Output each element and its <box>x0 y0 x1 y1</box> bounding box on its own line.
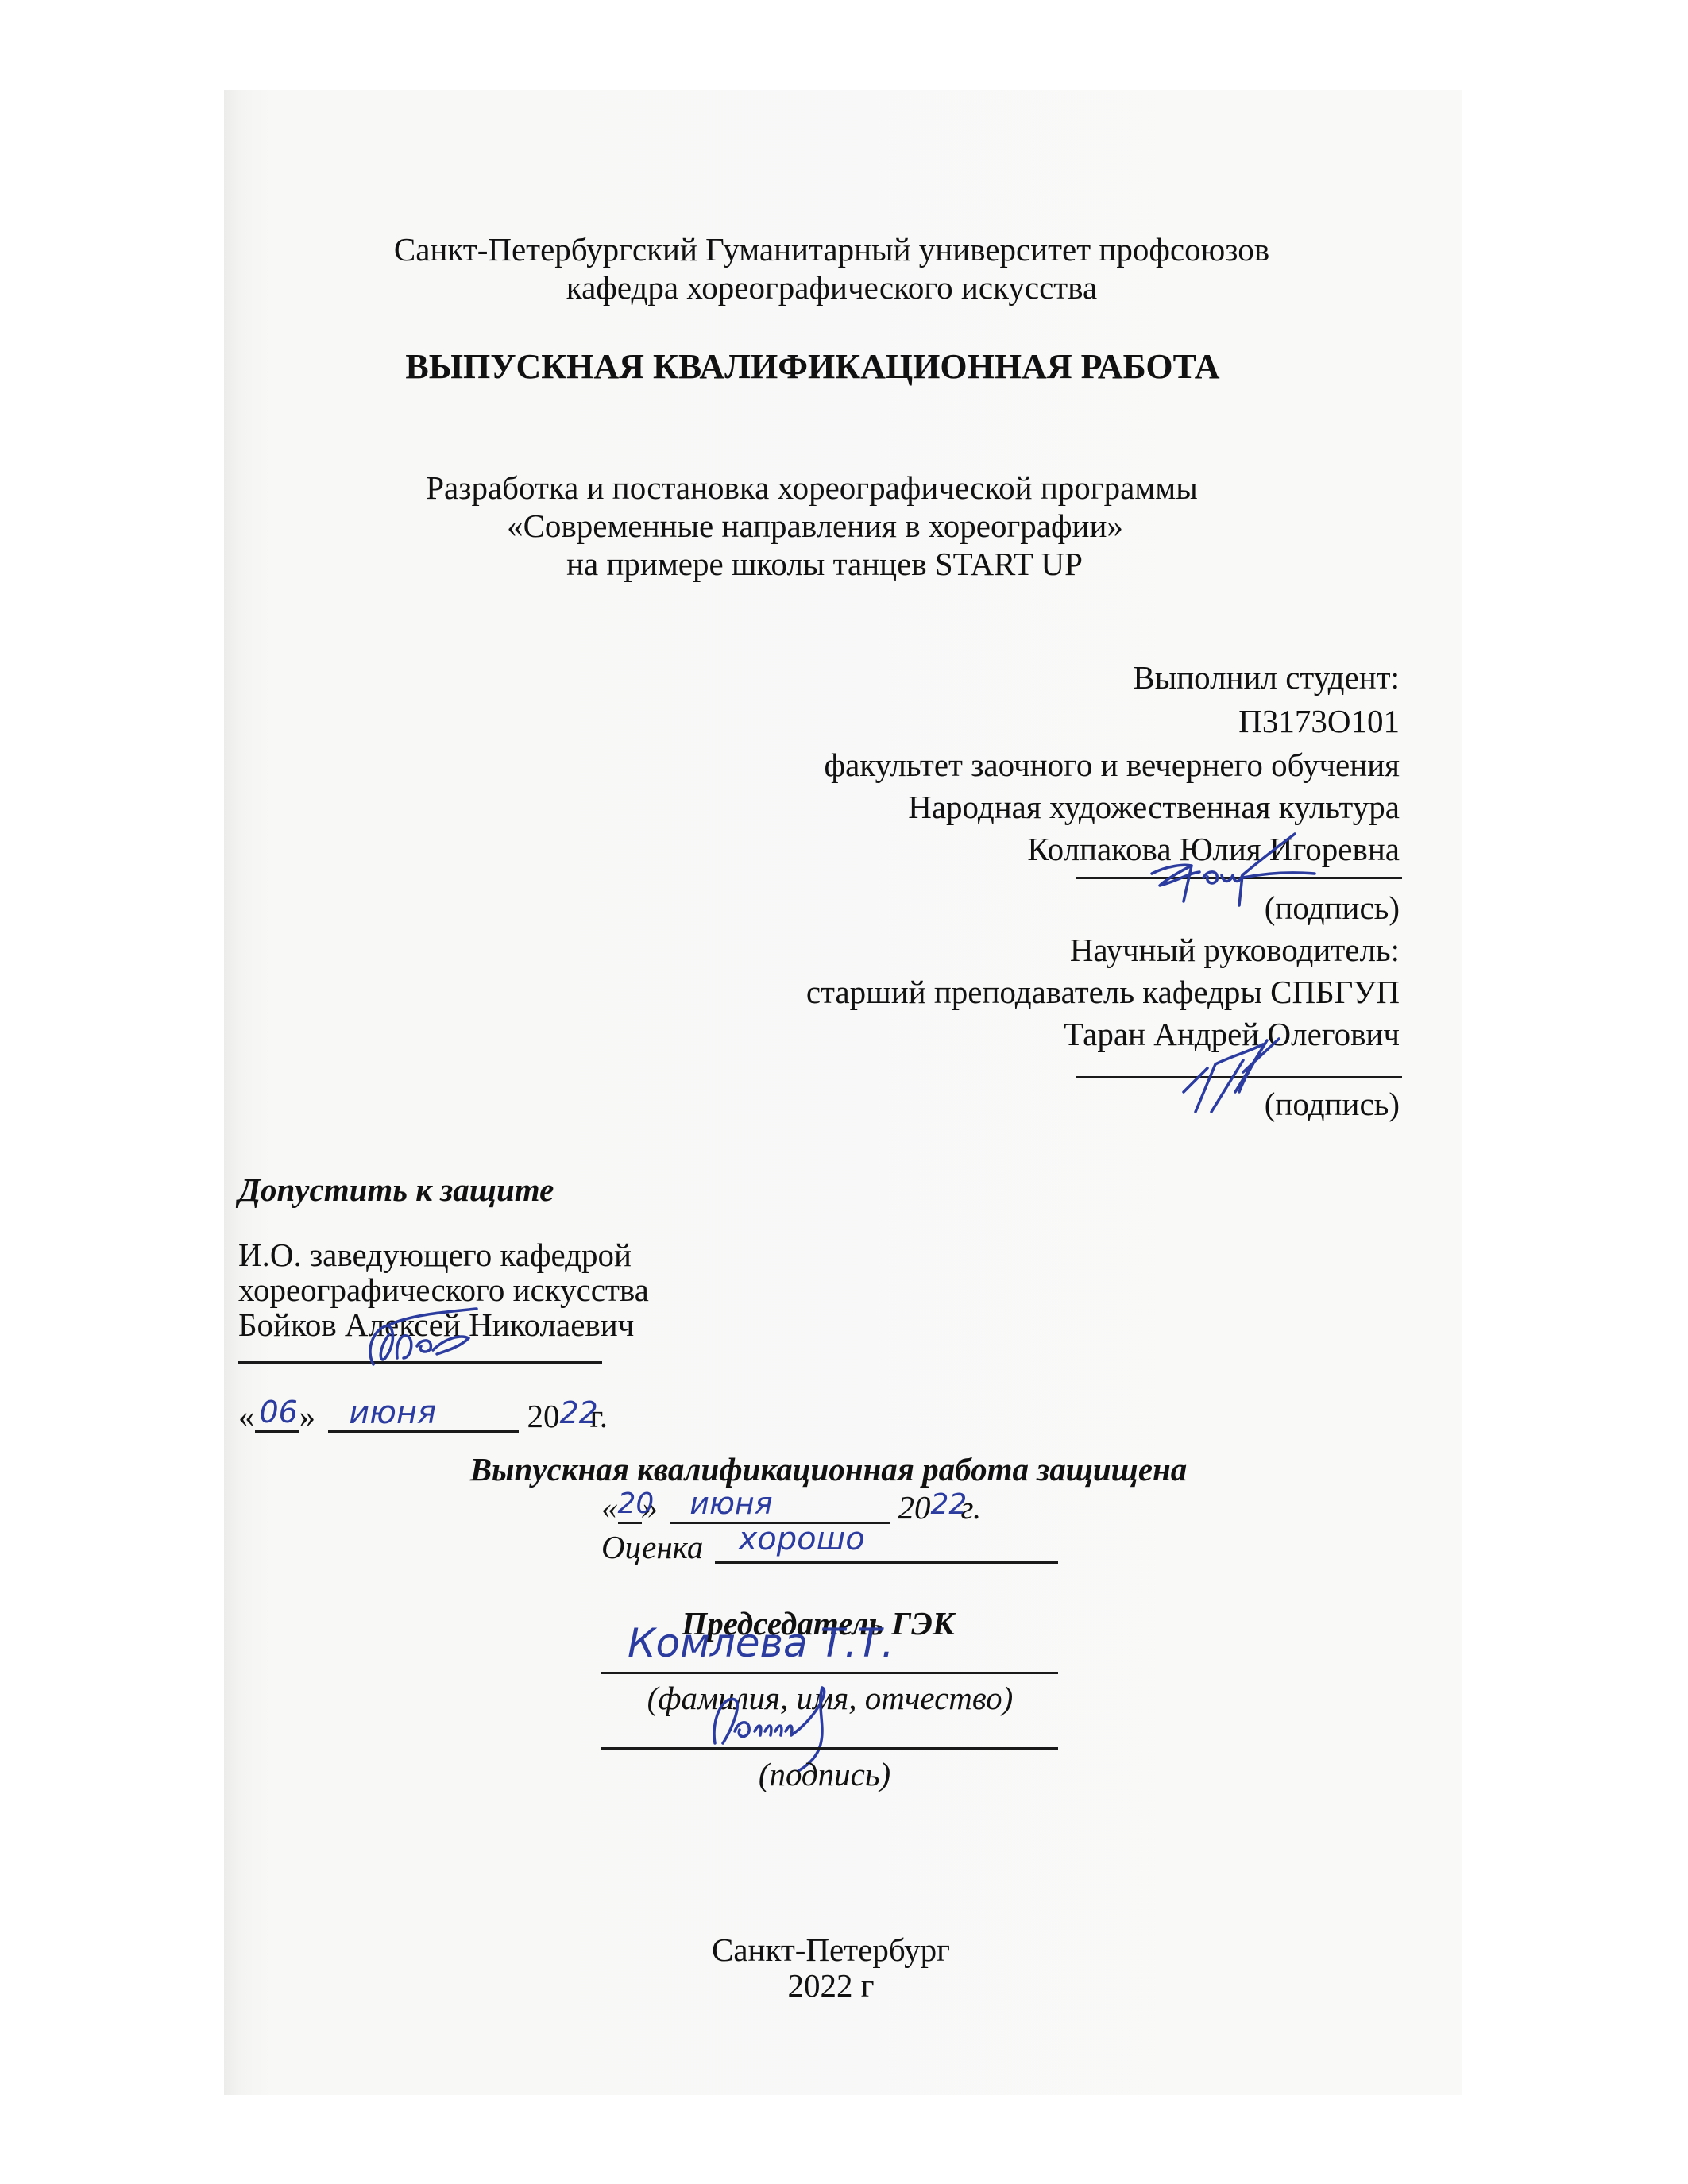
topic-line-3: на примере школы танцев START UP <box>566 548 1083 581</box>
supervisor-position: старший преподаватель кафедры СПБГУП <box>806 976 1400 1009</box>
year: 2022 г <box>787 1970 874 2002</box>
city: Санкт-Петербург <box>712 1934 950 1966</box>
university-name: Санкт-Петербургский Гуманитарный универс… <box>394 233 1269 266</box>
grade-value: хорошо <box>739 1523 865 1555</box>
chair-name-line <box>601 1672 1058 1674</box>
admission-position-2: хореографического искусства <box>238 1274 649 1306</box>
admission-day-value: 06 <box>260 1397 298 1427</box>
admission-heading: Допустить к защите <box>238 1174 554 1206</box>
supervisor-label: Научный руководитель: <box>1070 934 1400 967</box>
admission-year-value: 22 <box>560 1398 598 1428</box>
grade-field: хорошо <box>715 1533 1058 1564</box>
document-title: ВЫПУСКНАЯ КВАЛИФИКАЦИОННАЯ РАБОТА <box>405 349 1219 384</box>
defense-year-field: 22 <box>931 1497 961 1524</box>
admission-position-1: И.О. заведующего кафедрой <box>238 1239 632 1271</box>
quote-open: « <box>601 1489 618 1526</box>
student-specialty: Народная художественная культура <box>908 791 1400 824</box>
chair-name-handwritten: Комлева Т.Т. <box>628 1620 894 1666</box>
defense-year-value: 22 <box>931 1491 968 1519</box>
defense-day-field: 20 <box>618 1495 642 1524</box>
defense-heading: Выпускная квалификационная работа защище… <box>470 1453 1188 1486</box>
defense-month-value: июня <box>689 1488 772 1518</box>
department-name: кафедра хореографического искусства <box>566 272 1097 304</box>
student-label: Выполнил студент: <box>1133 662 1400 694</box>
admission-signature-icon <box>342 1302 500 1370</box>
student-signature-caption: (подпись) <box>1265 892 1400 924</box>
admission-month-value: июня <box>349 1397 436 1429</box>
year-prefix: 20 <box>527 1398 560 1434</box>
defense-day-value: 20 <box>618 1490 655 1518</box>
admission-day-field: 06 <box>255 1403 299 1433</box>
quote-open: « <box>238 1398 255 1434</box>
student-group: П3173О101 <box>1238 705 1400 738</box>
supervisor-signature-caption: (подпись) <box>1265 1088 1400 1121</box>
admission-month-field: июня <box>328 1403 519 1433</box>
defense-month-field: июня <box>670 1495 890 1524</box>
grade-row: Оценка хорошо <box>601 1531 1058 1564</box>
admission-date: «06» июня 2022г. <box>238 1400 608 1433</box>
topic-line-2: «Современные направления в хореографии» <box>507 510 1123 542</box>
defense-date: «20» июня 2022г. <box>601 1491 981 1524</box>
topic-line-1: Разработка и постановка хореографической… <box>426 472 1198 504</box>
chair-signature-line <box>601 1747 1058 1750</box>
student-faculty: факультет заочного и вечернего обучения <box>825 749 1400 781</box>
year-prefix: 20 <box>898 1489 931 1526</box>
quote-close: » <box>299 1398 316 1434</box>
grade-label: Оценка <box>601 1529 703 1565</box>
chair-signature-caption: (подпись) <box>759 1758 890 1791</box>
admission-year-field: 22 <box>560 1406 590 1433</box>
